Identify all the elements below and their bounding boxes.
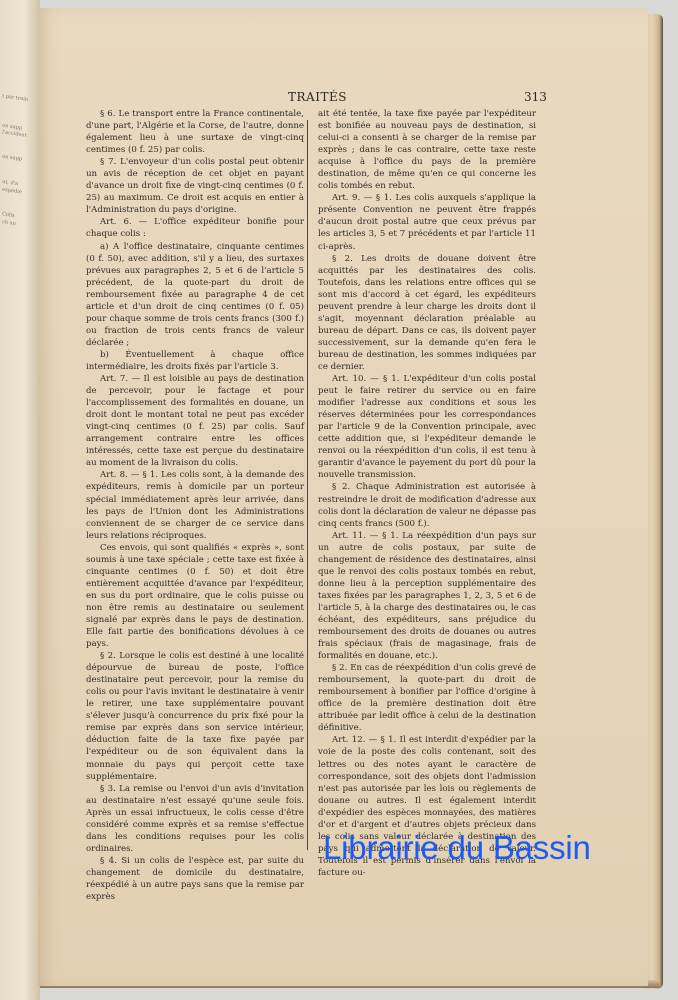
paragraph: Art. 8. — § 1. Les colis sont, à la dema… (86, 469, 304, 541)
left-text-column: § 6. Le transport entre la France contin… (86, 108, 304, 903)
paragraph: § 3. La remise ou l'envoi d'un avis d'in… (86, 783, 304, 855)
paragraph: § 2. Chaque Administration est autorisée… (318, 481, 536, 529)
running-title: TRAITÉS (288, 90, 347, 104)
right-text-column: ait été tentée, la taxe fixe payée par l… (318, 108, 536, 879)
left-page-fragment: t par train (2, 93, 29, 104)
paragraph: Art. 11. — § 1. La réexpédition d'un pay… (318, 530, 536, 663)
paragraph: ait été tentée, la taxe fixe payée par l… (318, 108, 536, 192)
paragraph: a) A l'office destinataire, cinquante ce… (86, 241, 304, 349)
paragraph: Art. 7. — Il est loisible au pays de des… (86, 373, 304, 469)
bookseller-watermark: Librairie du Bassin (323, 829, 591, 867)
page-number: 313 (524, 90, 547, 104)
paragraph: Art. 10. — § 1. L'expéditeur d'un colis … (318, 373, 536, 481)
paragraph: § 6. Le transport entre la France contin… (86, 108, 304, 156)
paragraph: § 2. Les droits de douane doivent être a… (318, 253, 536, 373)
paragraph: Art. 9. — § 1. Les colis auxquels s'appl… (318, 192, 536, 252)
paragraph: § 4. Si un colis de l'espèce est, par su… (86, 855, 304, 903)
left-page-fragment: l'accident (2, 129, 27, 139)
left-page-fragment: ch au (2, 219, 17, 228)
paragraph: Art. 6. — L'office expéditeur bonifie po… (86, 216, 304, 240)
paragraph: § 2. Lorsque le colis est destiné à une … (86, 650, 304, 783)
paragraph: § 7. L'envoyeur d'un colis postal peut o… (86, 156, 304, 216)
paragraph: § 2. En cas de réexpédition d'un colis g… (318, 662, 536, 734)
left-page-fragment: on supp (2, 154, 23, 164)
paragraph: Ces envois, qui sont qualifiés « exprès … (86, 542, 304, 650)
left-page-fragment: expédié (2, 187, 22, 197)
paragraph: b) Éventuellement à chaque office interm… (86, 349, 304, 373)
column-divider (307, 120, 308, 850)
adjacent-left-page: t par train on supp l'accident on supp u… (0, 0, 40, 1000)
